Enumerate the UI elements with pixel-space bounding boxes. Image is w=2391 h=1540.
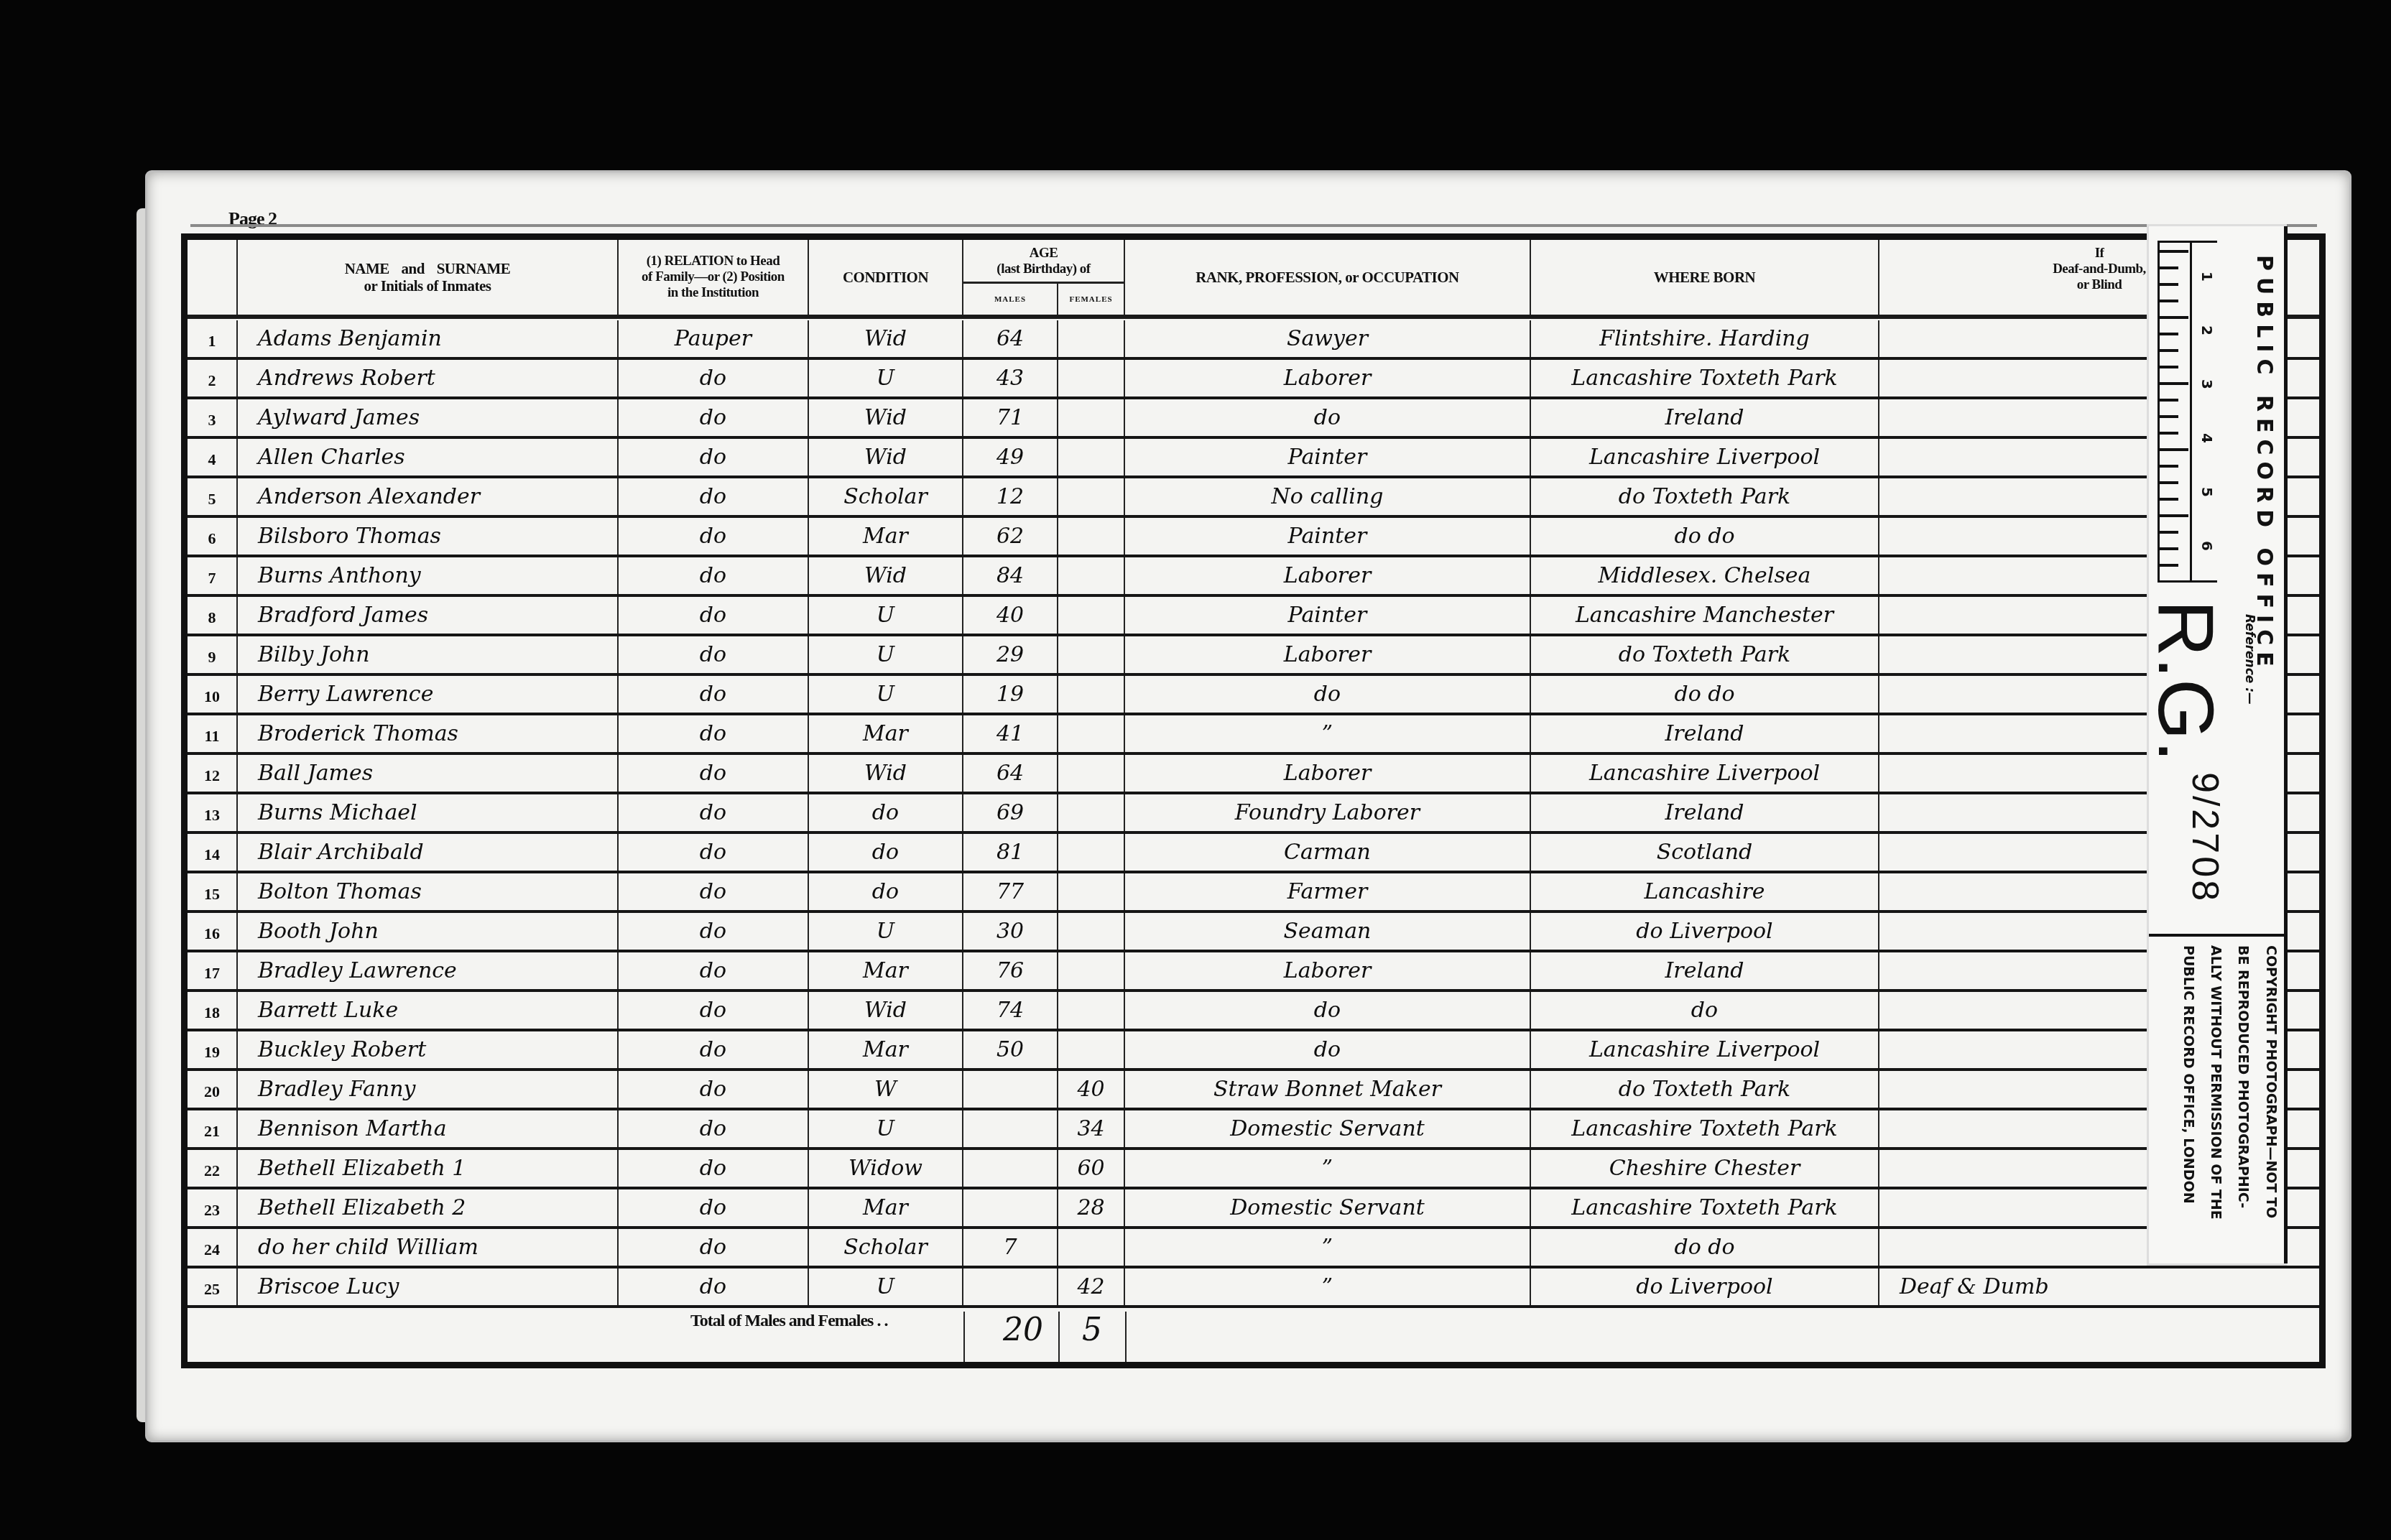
pro-piece: 9/2708 xyxy=(2183,772,2226,904)
totals-males: 20 xyxy=(1003,1312,1043,1348)
cell-female-age xyxy=(1058,873,1125,913)
pro-reference-label-text: Reference :— xyxy=(2242,614,2257,705)
cell-relation: do xyxy=(619,992,809,1031)
cell-occupation: Domestic Servant xyxy=(1125,1189,1531,1229)
cell-condition: do xyxy=(809,794,963,834)
cell-female-age xyxy=(1058,913,1125,952)
cell-female-age xyxy=(1058,636,1125,676)
cell-occupation: ” xyxy=(1125,1229,1531,1268)
table-row: 7Burns AnthonydoWid84LaborerMiddlesex. C… xyxy=(188,557,2319,597)
cell-no: 19 xyxy=(188,1031,238,1071)
cell-where-born: Lancashire Toxteth Park xyxy=(1531,360,1879,399)
cell-male-age: 19 xyxy=(963,676,1058,715)
cell-no: 23 xyxy=(188,1189,238,1229)
copyright-line-1: COPYRIGHT PHOTOGRAPH—NOT TO xyxy=(2264,945,2278,1218)
header-relation-line2: of Family—or (2) Position xyxy=(642,269,785,285)
cell-no: 24 xyxy=(188,1229,238,1268)
table-row: 14Blair Archibalddodo81CarmanScotland xyxy=(188,834,2319,873)
cell-male-age xyxy=(963,1071,1058,1110)
ruler-scale: 123456 xyxy=(2158,241,2217,583)
header-number xyxy=(188,240,238,315)
totals-divider xyxy=(1125,1312,1127,1362)
cell-occupation: Farmer xyxy=(1125,873,1531,913)
cell-where-born: Ireland xyxy=(1531,952,1879,992)
cell-occupation: do xyxy=(1125,1031,1531,1071)
header-age-line2: (last Birthday) of xyxy=(996,261,1090,277)
cell-no: 2 xyxy=(188,360,238,399)
cell-occupation: ” xyxy=(1125,715,1531,755)
cell-where-born: do do xyxy=(1531,676,1879,715)
cell-condition: Scholar xyxy=(809,478,963,518)
header-name: NAME and SURNAME or Initials of Inmates xyxy=(238,240,619,315)
table-row: 17Bradley LawrencedoMar76LaborerIreland xyxy=(188,952,2319,992)
cell-female-age xyxy=(1058,518,1125,557)
cell-no: 9 xyxy=(188,636,238,676)
cell-female-age xyxy=(1058,360,1125,399)
cell-female-age xyxy=(1058,794,1125,834)
ruler-tick xyxy=(2160,349,2178,352)
cell-male-age: 69 xyxy=(963,794,1058,834)
cell-where-born: Lancashire Liverpool xyxy=(1531,755,1879,794)
cell-male-age: 7 xyxy=(963,1229,1058,1268)
cell-condition: U xyxy=(809,636,963,676)
ruler-tick xyxy=(2160,366,2178,368)
cell-where-born: do Toxteth Park xyxy=(1531,636,1879,676)
header-name-line2: or Initials of Inmates xyxy=(364,277,491,294)
table-row: 25Briscoe LucydoU42”do LiverpoolDeaf & D… xyxy=(188,1268,2319,1308)
cell-name: Aylward James xyxy=(238,399,619,439)
cell-no: 13 xyxy=(188,794,238,834)
cell-name: Bolton Thomas xyxy=(238,873,619,913)
cell-relation: do xyxy=(619,1031,809,1071)
cell-male-age: 71 xyxy=(963,399,1058,439)
cell-condition: W xyxy=(809,1071,963,1110)
cell-relation: do xyxy=(619,952,809,992)
cell-relation: Pauper xyxy=(619,320,809,360)
cell-name: Barrett Luke xyxy=(238,992,619,1031)
cell-where-born: Lancashire Toxteth Park xyxy=(1531,1189,1879,1229)
header-age-females: FEMALES xyxy=(1058,282,1125,315)
cell-occupation: Painter xyxy=(1125,518,1531,557)
cell-relation: do xyxy=(619,794,809,834)
cell-no: 7 xyxy=(188,557,238,597)
cell-no: 14 xyxy=(188,834,238,873)
cell-no: 18 xyxy=(188,992,238,1031)
cell-name: Allen Charles xyxy=(238,439,619,478)
ruler-number: 4 xyxy=(2198,433,2216,443)
cell-occupation: Laborer xyxy=(1125,952,1531,992)
cell-occupation: Carman xyxy=(1125,834,1531,873)
cell-name: Bradley Fanny xyxy=(238,1071,619,1110)
cell-condition: U xyxy=(809,1110,963,1150)
cell-relation: do xyxy=(619,399,809,439)
table-row: 9Bilby JohndoU29Laborerdo Toxteth Park xyxy=(188,636,2319,676)
cell-female-age: 60 xyxy=(1058,1150,1125,1189)
totals-females: 5 xyxy=(1082,1312,1102,1348)
ruler-tick xyxy=(2160,250,2188,253)
cell-no: 21 xyxy=(188,1110,238,1150)
cell-where-born: do Liverpool xyxy=(1531,1268,1879,1308)
cell-name: Briscoe Lucy xyxy=(238,1268,619,1308)
cell-where-born: Scotland xyxy=(1531,834,1879,873)
cell-no: 12 xyxy=(188,755,238,794)
cell-female-age xyxy=(1058,755,1125,794)
cell-condition: U xyxy=(809,360,963,399)
cell-where-born: do do xyxy=(1531,518,1879,557)
copyright-line-4: PUBLIC RECORD OFFICE, LONDON xyxy=(2180,945,2196,1204)
cell-relation: do xyxy=(619,1268,809,1308)
copyright-line-3: ALLY WITHOUT PERMISSION OF THE xyxy=(2208,945,2224,1220)
cell-condition: do xyxy=(809,834,963,873)
table-row: 22Bethell Elizabeth 1doWidow60”Cheshire … xyxy=(188,1150,2319,1189)
cell-condition: U xyxy=(809,1268,963,1308)
ruler-tick xyxy=(2160,448,2188,451)
cell-name: Broderick Thomas xyxy=(238,715,619,755)
cell-male-age: 43 xyxy=(963,360,1058,399)
cell-no: 17 xyxy=(188,952,238,992)
cell-occupation: Foundry Laborer xyxy=(1125,794,1531,834)
cell-male-age xyxy=(963,1150,1058,1189)
cell-no: 15 xyxy=(188,873,238,913)
cell-where-born: Ireland xyxy=(1531,715,1879,755)
cell-male-age: 40 xyxy=(963,597,1058,636)
cell-condition: Mar xyxy=(809,1189,963,1229)
cell-occupation: Laborer xyxy=(1125,636,1531,676)
ruler-tick xyxy=(2160,481,2178,484)
table-row: 21Bennison MarthadoU34Domestic ServantLa… xyxy=(188,1110,2319,1150)
cell-female-age xyxy=(1058,992,1125,1031)
cell-female-age: 42 xyxy=(1058,1268,1125,1308)
cell-female-age: 40 xyxy=(1058,1071,1125,1110)
ruler-divider xyxy=(2190,243,2192,580)
cell-condition: U xyxy=(809,597,963,636)
ruler-tick xyxy=(2160,531,2178,534)
table-row: 10Berry LawrencedoU19dodo do xyxy=(188,676,2319,715)
cell-occupation: Painter xyxy=(1125,597,1531,636)
cell-where-born: do do xyxy=(1531,1229,1879,1268)
cell-name: Booth John xyxy=(238,913,619,952)
header-divider xyxy=(188,315,2319,319)
cell-where-born: do Liverpool xyxy=(1531,913,1879,952)
cell-relation: do xyxy=(619,478,809,518)
cell-no: 5 xyxy=(188,478,238,518)
cell-male-age: 62 xyxy=(963,518,1058,557)
cell-where-born: Cheshire Chester xyxy=(1531,1150,1879,1189)
cell-female-age xyxy=(1058,478,1125,518)
header-deaf-line1: If xyxy=(2095,246,2104,261)
ruler-tick xyxy=(2160,333,2178,335)
cell-name: Bennison Martha xyxy=(238,1110,619,1150)
cell-condition: Widow xyxy=(809,1150,963,1189)
cell-name: do her child William xyxy=(238,1229,619,1268)
cell-male-age xyxy=(963,1268,1058,1308)
cell-occupation: Laborer xyxy=(1125,755,1531,794)
cell-where-born: Lancashire Liverpool xyxy=(1531,1031,1879,1071)
header-relation-line1: (1) RELATION to Head xyxy=(647,254,780,269)
cell-female-age: 34 xyxy=(1058,1110,1125,1150)
cell-relation: do xyxy=(619,755,809,794)
cell-where-born: Lancashire xyxy=(1531,873,1879,913)
cell-female-age xyxy=(1058,597,1125,636)
cell-occupation: Domestic Servant xyxy=(1125,1110,1531,1150)
cell-no: 4 xyxy=(188,439,238,478)
cell-where-born: do Toxteth Park xyxy=(1531,478,1879,518)
cell-no: 6 xyxy=(188,518,238,557)
totals-row: Total of Males and Females . . 20 5 xyxy=(188,1312,2319,1362)
table-row: 6Bilsboro ThomasdoMar62Painterdo do xyxy=(188,518,2319,557)
header-condition: CONDITION xyxy=(809,240,963,315)
cell-condition: Wid xyxy=(809,557,963,597)
cell-name: Berry Lawrence xyxy=(238,676,619,715)
cell-name: Ball James xyxy=(238,755,619,794)
table-row: 16Booth JohndoU30Seamando Liverpool xyxy=(188,913,2319,952)
cell-occupation: Straw Bonnet Maker xyxy=(1125,1071,1531,1110)
cell-no: 3 xyxy=(188,399,238,439)
cell-relation: do xyxy=(619,715,809,755)
cell-where-born: do xyxy=(1531,992,1879,1031)
cell-where-born: Lancashire Liverpool xyxy=(1531,439,1879,478)
cell-condition: Mar xyxy=(809,1031,963,1071)
header-age-line1: AGE xyxy=(1030,246,1058,261)
cell-where-born: Lancashire Toxteth Park xyxy=(1531,1110,1879,1150)
header-age-males: MALES xyxy=(963,282,1058,315)
table-row: 19Buckley RobertdoMar50doLancashire Live… xyxy=(188,1031,2319,1071)
ruler-tick xyxy=(2160,547,2178,550)
ruler-tick xyxy=(2160,399,2178,402)
cell-female-age: 28 xyxy=(1058,1189,1125,1229)
cell-female-age xyxy=(1058,952,1125,992)
cell-no: 20 xyxy=(188,1071,238,1110)
ruler-tick xyxy=(2160,382,2188,385)
ruler-tick xyxy=(2160,564,2178,567)
header-occupation: RANK, PROFESSION, or OCCUPATION xyxy=(1125,240,1531,315)
ruler-tick xyxy=(2160,514,2188,517)
cell-male-age: 81 xyxy=(963,834,1058,873)
cell-where-born: do Toxteth Park xyxy=(1531,1071,1879,1110)
header-name-line1: NAME and SURNAME xyxy=(345,260,511,277)
cell-condition: U xyxy=(809,913,963,952)
cell-no: 8 xyxy=(188,597,238,636)
cell-relation: do xyxy=(619,873,809,913)
copyright-notice: COPYRIGHT PHOTOGRAPH—NOT TO BE REPRODUCE… xyxy=(2149,934,2285,1267)
cell-female-age xyxy=(1058,399,1125,439)
table-row: 8Bradford JamesdoU40PainterLancashire Ma… xyxy=(188,597,2319,636)
cell-no: 22 xyxy=(188,1150,238,1189)
table-row: 13Burns Michaeldodo69Foundry LaborerIrel… xyxy=(188,794,2319,834)
totals-divider xyxy=(963,1312,965,1362)
top-rule xyxy=(190,224,2317,227)
cell-name: Blair Archibald xyxy=(238,834,619,873)
table-row: 24do her child WilliamdoScholar7”do do xyxy=(188,1229,2319,1268)
cell-name: Bilsboro Thomas xyxy=(238,518,619,557)
cell-occupation: Painter xyxy=(1125,439,1531,478)
table-row: 15Bolton Thomasdodo77FarmerLancashire xyxy=(188,873,2319,913)
row-rule xyxy=(188,1305,2319,1308)
cell-condition: Wid xyxy=(809,439,963,478)
cell-name: Bethell Elizabeth 2 xyxy=(238,1189,619,1229)
cell-occupation: ” xyxy=(1125,1150,1531,1189)
table-row: 4Allen CharlesdoWid49PainterLancashire L… xyxy=(188,439,2319,478)
cell-condition: Wid xyxy=(809,399,963,439)
cell-occupation: Seaman xyxy=(1125,913,1531,952)
cell-condition: Scholar xyxy=(809,1229,963,1268)
cell-name: Bradford James xyxy=(238,597,619,636)
cell-occupation: do xyxy=(1125,399,1531,439)
cell-relation: do xyxy=(619,360,809,399)
table-row: 5Anderson AlexanderdoScholar12No calling… xyxy=(188,478,2319,518)
cell-female-age xyxy=(1058,320,1125,360)
totals-label: Total of Males and Females . . xyxy=(690,1312,887,1331)
ruler-tick xyxy=(2160,300,2178,302)
cell-occupation: Laborer xyxy=(1125,557,1531,597)
table-row: 11Broderick ThomasdoMar41”Ireland xyxy=(188,715,2319,755)
header-deaf-line2: Deaf-and-Dumb, xyxy=(2053,261,2146,277)
table-row: 12Ball JamesdoWid64LaborerLancashire Liv… xyxy=(188,755,2319,794)
pro-reference-label: 123456 PUBLIC RECORD OFFICE Reference :—… xyxy=(2147,224,2287,1266)
cell-condition: Mar xyxy=(809,518,963,557)
cell-name: Adams Benjamin xyxy=(238,320,619,360)
table-row: 2Andrews RobertdoU43LaborerLancashire To… xyxy=(188,360,2319,399)
cell-name: Buckley Robert xyxy=(238,1031,619,1071)
cell-relation: do xyxy=(619,1150,809,1189)
cell-occupation: do xyxy=(1125,992,1531,1031)
cell-where-born: Lancashire Manchester xyxy=(1531,597,1879,636)
cell-occupation: Sawyer xyxy=(1125,320,1531,360)
cell-deaf: Deaf & Dumb xyxy=(1879,1268,2319,1308)
cell-male-age: 64 xyxy=(963,320,1058,360)
cell-male-age: 30 xyxy=(963,913,1058,952)
cell-female-age xyxy=(1058,1031,1125,1071)
cell-name: Andrews Robert xyxy=(238,360,619,399)
cell-female-age xyxy=(1058,715,1125,755)
cell-male-age: 49 xyxy=(963,439,1058,478)
header-where-born: WHERE BORN xyxy=(1531,240,1879,315)
cell-where-born: Ireland xyxy=(1531,399,1879,439)
cell-name: Burns Michael xyxy=(238,794,619,834)
ruler-number: 1 xyxy=(2198,272,2216,282)
table-row: 3Aylward JamesdoWid71doIreland xyxy=(188,399,2319,439)
cell-no: 1 xyxy=(188,320,238,360)
ruler-number: 5 xyxy=(2198,487,2216,497)
cell-relation: do xyxy=(619,636,809,676)
cell-name: Burns Anthony xyxy=(238,557,619,597)
cell-relation: do xyxy=(619,1071,809,1110)
cell-relation: do xyxy=(619,518,809,557)
cell-relation: do xyxy=(619,597,809,636)
cell-male-age: 12 xyxy=(963,478,1058,518)
cell-no: 16 xyxy=(188,913,238,952)
header-deaf-line3: or Blind xyxy=(2077,277,2122,293)
cell-where-born: Middlesex. Chelsea xyxy=(1531,557,1879,597)
cell-name: Bradley Lawrence xyxy=(238,952,619,992)
cell-female-age xyxy=(1058,439,1125,478)
cell-male-age: 64 xyxy=(963,755,1058,794)
cell-name: Bethell Elizabeth 1 xyxy=(238,1150,619,1189)
cell-male-age: 41 xyxy=(963,715,1058,755)
pro-title: PUBLIC RECORD OFFICE xyxy=(2252,255,2277,673)
header-relation: (1) RELATION to Head of Family—or (2) Po… xyxy=(619,240,809,315)
pro-series: R.G. xyxy=(2140,600,2232,762)
cell-occupation: ” xyxy=(1125,1268,1531,1308)
ruler-tick xyxy=(2160,465,2178,468)
cell-female-age xyxy=(1058,676,1125,715)
cell-male-age: 74 xyxy=(963,992,1058,1031)
cell-no: 25 xyxy=(188,1268,238,1308)
cell-condition: Mar xyxy=(809,715,963,755)
ruler-tick xyxy=(2160,498,2178,501)
copyright-line-2: BE REPRODUCED PHOTOGRAPHIC- xyxy=(2235,945,2251,1208)
ruler-tick xyxy=(2160,415,2178,418)
cell-condition: Mar xyxy=(809,952,963,992)
cell-condition: U xyxy=(809,676,963,715)
cell-female-age xyxy=(1058,557,1125,597)
cell-occupation: Laborer xyxy=(1125,360,1531,399)
ruler-tick xyxy=(2160,316,2188,319)
cell-female-age xyxy=(1058,1229,1125,1268)
cell-male-age xyxy=(963,1110,1058,1150)
cell-where-born: Flintshire. Harding xyxy=(1531,320,1879,360)
cell-relation: do xyxy=(619,676,809,715)
cell-male-age xyxy=(963,1189,1058,1229)
cell-male-age: 50 xyxy=(963,1031,1058,1071)
header-relation-line3: in the Institution xyxy=(667,285,759,301)
cell-condition: Wid xyxy=(809,992,963,1031)
cell-condition: Wid xyxy=(809,755,963,794)
cell-relation: do xyxy=(619,1110,809,1150)
cell-no: 10 xyxy=(188,676,238,715)
cell-where-born: Ireland xyxy=(1531,794,1879,834)
cell-relation: do xyxy=(619,1189,809,1229)
table-row: 1Adams BenjaminPauperWid64SawyerFlintshi… xyxy=(188,320,2319,360)
ruler-number: 6 xyxy=(2198,541,2216,551)
ruler-number: 2 xyxy=(2198,325,2216,335)
cell-condition: Wid xyxy=(809,320,963,360)
cell-no: 11 xyxy=(188,715,238,755)
ruler-number: 3 xyxy=(2198,379,2216,389)
cell-condition: do xyxy=(809,873,963,913)
cell-name: Anderson Alexander xyxy=(238,478,619,518)
ruler-tick xyxy=(2160,283,2178,286)
cell-male-age: 84 xyxy=(963,557,1058,597)
cell-male-age: 29 xyxy=(963,636,1058,676)
ruler-tick xyxy=(2160,266,2178,269)
cell-relation: do xyxy=(619,913,809,952)
table-row: 20Bradley FannydoW40Straw Bonnet Makerdo… xyxy=(188,1071,2319,1110)
cell-relation: do xyxy=(619,1229,809,1268)
cell-name: Bilby John xyxy=(238,636,619,676)
cell-male-age: 77 xyxy=(963,873,1058,913)
table-row: 18Barrett LukedoWid74dodo xyxy=(188,992,2319,1031)
cell-occupation: No calling xyxy=(1125,478,1531,518)
totals-divider xyxy=(1058,1312,1060,1362)
cell-relation: do xyxy=(619,557,809,597)
cell-relation: do xyxy=(619,834,809,873)
cell-occupation: do xyxy=(1125,676,1531,715)
ruler-tick xyxy=(2160,432,2178,435)
table-row: 23Bethell Elizabeth 2doMar28Domestic Ser… xyxy=(188,1189,2319,1229)
cell-relation: do xyxy=(619,439,809,478)
cell-male-age: 76 xyxy=(963,952,1058,992)
cell-female-age xyxy=(1058,834,1125,873)
